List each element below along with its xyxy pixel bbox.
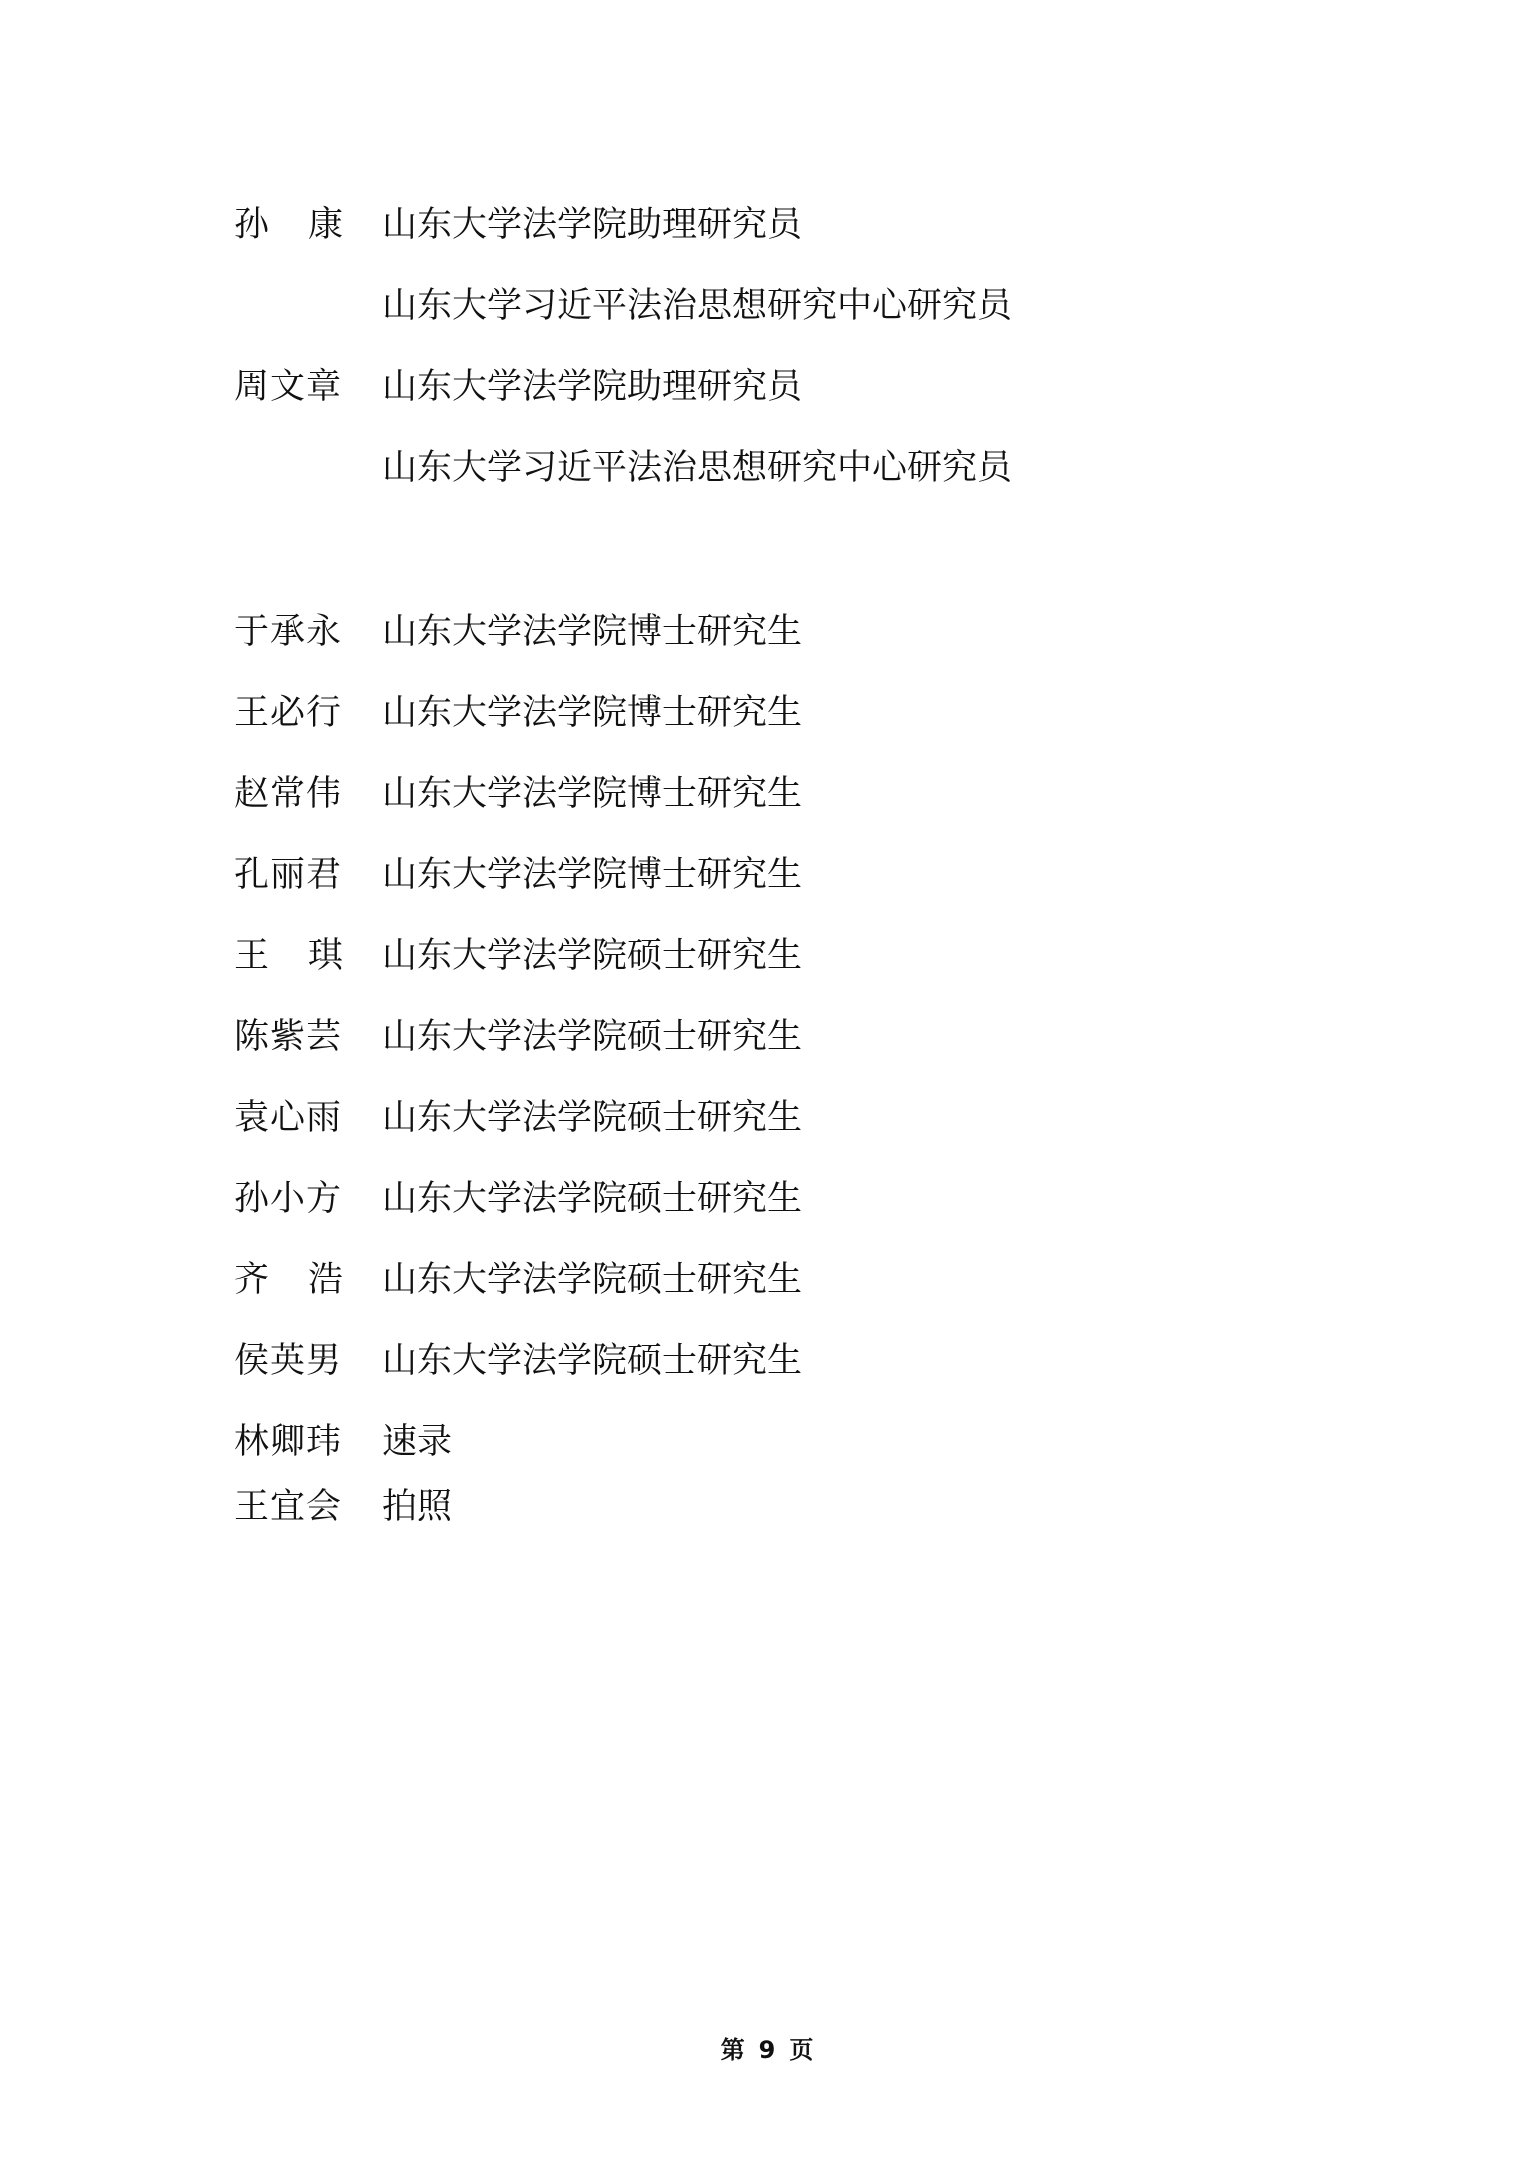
affiliation: 山东大学法学院硕士研究生 bbox=[382, 932, 802, 980]
person-name: 王必行 bbox=[234, 689, 374, 737]
page-number-prefix: 第 bbox=[721, 2036, 747, 2064]
affiliation: 山东大学法学院助理研究员 bbox=[382, 201, 802, 249]
affiliation: 山东大学习近平法治思想研究中心研究员 bbox=[382, 282, 1012, 330]
person-name: 于承永 bbox=[234, 608, 374, 656]
document-page: 孙 康 山东大学法学院助理研究员 山东大学习近平法治思想研究中心研究员 周文章 … bbox=[0, 0, 1536, 2172]
person-name: 赵常伟 bbox=[234, 770, 374, 818]
person-name: 王宜会 bbox=[234, 1483, 374, 1531]
affiliation: 山东大学法学院博士研究生 bbox=[382, 851, 802, 899]
affiliation: 山东大学法学院博士研究生 bbox=[382, 770, 802, 818]
person-name: 侯英男 bbox=[234, 1337, 374, 1385]
person-name: 孔丽君 bbox=[234, 851, 374, 899]
page-number-suffix: 页 bbox=[789, 2036, 815, 2064]
affiliation: 山东大学法学院博士研究生 bbox=[382, 608, 802, 656]
person-name: 周文章 bbox=[234, 363, 374, 411]
affiliation: 山东大学法学院硕士研究生 bbox=[382, 1013, 802, 1061]
person-name: 陈紫芸 bbox=[234, 1013, 374, 1061]
affiliation: 山东大学法学院硕士研究生 bbox=[382, 1337, 802, 1385]
affiliation: 山东大学法学院博士研究生 bbox=[382, 689, 802, 737]
affiliation: 山东大学法学院硕士研究生 bbox=[382, 1256, 802, 1304]
affiliation: 山东大学法学院硕士研究生 bbox=[382, 1175, 802, 1223]
affiliation: 山东大学习近平法治思想研究中心研究员 bbox=[382, 444, 1012, 492]
person-name: 袁心雨 bbox=[234, 1094, 374, 1142]
role: 拍照 bbox=[382, 1483, 452, 1531]
page-number: 第9页 bbox=[0, 2030, 1536, 2065]
affiliation: 山东大学法学院助理研究员 bbox=[382, 363, 802, 411]
role: 速录 bbox=[382, 1418, 452, 1466]
person-name: 林卿玮 bbox=[234, 1418, 374, 1466]
page-number-value: 9 bbox=[759, 2036, 778, 2064]
person-name: 孙小方 bbox=[234, 1175, 374, 1223]
affiliation: 山东大学法学院硕士研究生 bbox=[382, 1094, 802, 1142]
